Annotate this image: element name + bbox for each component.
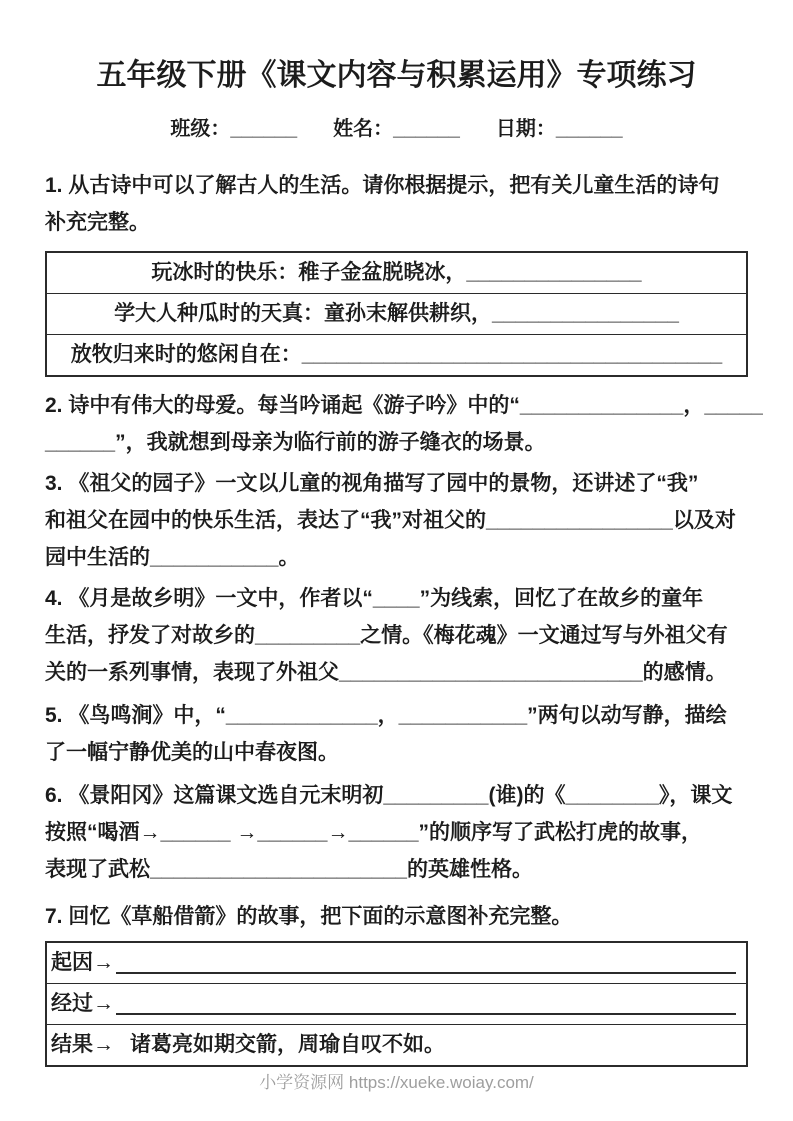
worksheet-page: 五年级下册《课文内容与积累运用》专项练习 班级：______ 姓名：______… [0, 0, 793, 1121]
question-line: 关的一系列事情，表现了外祖父__________________________… [45, 654, 748, 691]
result-text: 诸葛亮如期交箭，周瑜自叹不如。 [130, 1025, 445, 1065]
table-row-result: 结果→ 诸葛亮如期交箭，周瑜自叹不如。 [47, 1024, 746, 1065]
question-line: 园中生活的___________。 [45, 539, 748, 576]
table-row-process: 经过→ [47, 983, 746, 1024]
question-line: 1. 从古诗中可以了解古人的生活。请你根据提示，把有关儿童生活的诗句 [45, 167, 748, 204]
question-2: 2. 诗中有伟大的母爱。每当吟诵起《游子吟》中的“______________，… [45, 387, 748, 461]
table-row-cause: 起因→ [47, 943, 746, 983]
table-row: 玩冰时的快乐：稚子金盆脱晓冰，_______________ [47, 253, 746, 293]
question-line: 7. 回忆《草船借箭》的故事，把下面的示意图补充完整。 [45, 898, 748, 935]
question-7: 7. 回忆《草船借箭》的故事，把下面的示意图补充完整。 [45, 898, 748, 935]
row-label: 结果→ [51, 1025, 114, 1065]
story-diagram-table: 起因→ 经过→ 结果→ 诸葛亮如期交箭，周瑜自叹不如。 [45, 941, 748, 1067]
header-fields: 班级：______ 姓名：______ 日期：______ [45, 112, 748, 141]
date-field: 日期：______ [496, 112, 623, 141]
table-row: 学大人种瓜时的天真：童孙末解供耕织，________________ [47, 293, 746, 334]
poem-hints-table: 玩冰时的快乐：稚子金盆脱晓冰，_______________ 学大人种瓜时的天真… [45, 251, 748, 377]
question-line: 4. 《月是故乡明》一文中，作者以“____”为线索，回忆了在故乡的童年 [45, 580, 748, 617]
question-5: 5. 《鸟鸣涧》中，“_____________，___________”两句以… [45, 697, 748, 771]
question-1: 1. 从古诗中可以了解古人的生活。请你根据提示，把有关儿童生活的诗句 补充完整。 [45, 167, 748, 241]
name-field: 姓名：______ [333, 112, 460, 141]
row-label: 经过→ [51, 984, 114, 1024]
question-line: 生活，抒发了对故乡的_________之情。《梅花魂》一文通过写与外祖父有 [45, 617, 748, 654]
question-line: 6. 《景阳冈》这篇课文选自元末明初_________(谁)的《________… [45, 777, 748, 814]
question-line: ______”，我就想到母亲为临行前的游子缝衣的场景。 [45, 424, 748, 461]
row-label: 起因→ [51, 943, 114, 983]
question-line: 补充完整。 [45, 204, 748, 241]
question-3: 3. 《祖父的园子》一文以儿童的视角描写了园中的景物，还讲述了“我” 和祖父在园… [45, 465, 748, 576]
question-line: 3. 《祖父的园子》一文以儿童的视角描写了园中的景物，还讲述了“我” [45, 465, 748, 502]
question-4: 4. 《月是故乡明》一文中，作者以“____”为线索，回忆了在故乡的童年 生活，… [45, 580, 748, 691]
question-line: 了一幅宁静优美的山中春夜图。 [45, 734, 748, 771]
answer-line [116, 943, 736, 974]
question-line: 表现了武松______________________的英雄性格。 [45, 851, 748, 888]
question-line: 和祖父在园中的快乐生活，表达了“我”对祖父的________________以及… [45, 502, 748, 539]
class-field: 班级：______ [170, 112, 297, 141]
answer-line [116, 984, 736, 1015]
table-row: 放牧归来时的悠闲自在：_____________________________… [47, 334, 746, 375]
question-line: 2. 诗中有伟大的母爱。每当吟诵起《游子吟》中的“______________，… [45, 387, 748, 424]
site-footer: 小学资源网 https://xueke.woiay.com/ [0, 1068, 793, 1093]
question-line: 按照“喝酒→______ →______→______”的顺序写了武松打虎的故事… [45, 814, 748, 851]
question-6: 6. 《景阳冈》这篇课文选自元末明初_________(谁)的《________… [45, 777, 748, 888]
page-title: 五年级下册《课文内容与积累运用》专项练习 [45, 50, 748, 94]
question-line: 5. 《鸟鸣涧》中，“_____________，___________”两句以… [45, 697, 748, 734]
